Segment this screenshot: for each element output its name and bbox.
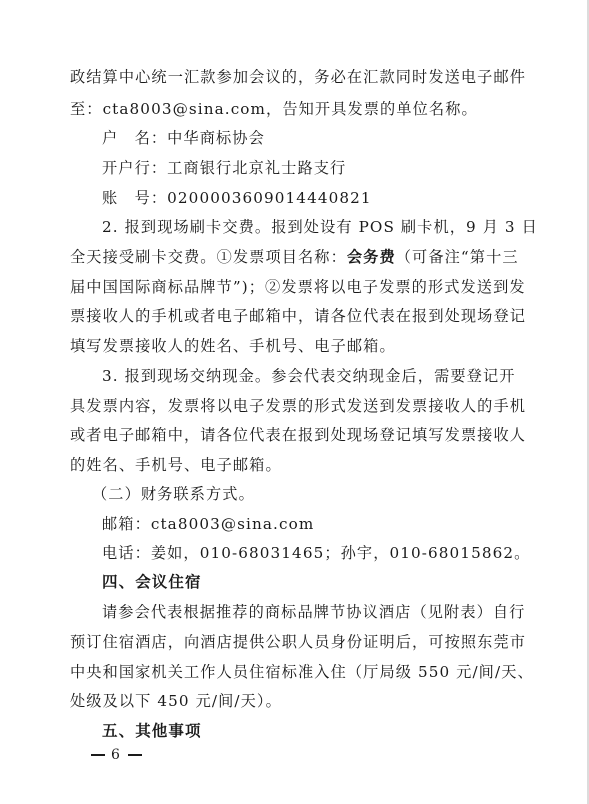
paragraph-line: 届中国国际商标品牌节”)；②发票将以电子发票的形式发送到发 [70, 277, 526, 297]
paragraph-line: 3. 报到现场交纳现金。参会代表交纳现金后，需要登记开 [102, 366, 516, 386]
account-number-line: 账 号：0200003609014440821 [102, 188, 372, 208]
account-name-line: 户 名：中华商标协会 [102, 128, 265, 148]
text-span: （可备注“第十三 [396, 248, 519, 266]
bank-line: 开户行：工商银行北京礼士路支行 [102, 158, 346, 178]
dash-right [128, 754, 142, 756]
phone-line: 电话：姜如，010-68031465；孙宇，010-68015862。 [102, 543, 530, 563]
paragraph-line: 票接收人的手机或者电子邮箱中，请各位代表在报到处现场登记 [70, 306, 526, 326]
paragraph-line: 中央和国家机关工作人员住宿标准入住（厅局级 550 元/间/天、 [70, 662, 534, 682]
paragraph-line: 请参会代表根据推荐的商标品牌节协议酒店（见附表）自行 [102, 602, 525, 622]
section-heading-accommodation: 四、会议住宿 [102, 572, 202, 592]
email-line: 邮箱：cta8003@sina.com [102, 514, 314, 534]
invoice-item-bold: 会务费 [347, 248, 396, 266]
paragraph-line: 处级及以下 450 元/间/天）。 [70, 691, 282, 711]
section-heading-other: 五、其他事项 [102, 721, 202, 741]
page-number: 6 [85, 747, 148, 763]
paragraph-line: 的姓名、手机号、电子邮箱。 [70, 455, 282, 475]
paragraph-line: 填写发票接收人的姓名、手机号、电子邮箱。 [70, 336, 396, 356]
paragraph-line: 预订住宿酒店，向酒店提供公职人员身份证明后，可按照东莞市 [70, 632, 526, 652]
subsection-heading: （二）财务联系方式。 [92, 484, 255, 504]
paragraph-line: 政结算中心统一汇款参加会议的，务必在汇款同时发送电子邮件 [70, 67, 526, 87]
paragraph-line: 具发票内容，发票将以电子发票的形式发送到发票接收人的手机 [70, 396, 526, 416]
page-number-value: 6 [111, 747, 122, 763]
paragraph-line: 至：cta8003@sina.com，告知开具发票的单位名称。 [70, 99, 478, 119]
paragraph-line: 全天接受刷卡交费。①发票项目名称：会务费（可备注“第十三 [70, 247, 519, 267]
paragraph-line: 或者电子邮箱中，请各位代表在报到处现场登记填写发票接收人 [70, 425, 526, 445]
text-span: 全天接受刷卡交费。①发票项目名称： [70, 248, 347, 266]
dash-left [91, 754, 105, 756]
paragraph-line: 2. 报到现场刷卡交费。报到处设有 POS 刷卡机，9 月 3 日 [102, 217, 538, 237]
